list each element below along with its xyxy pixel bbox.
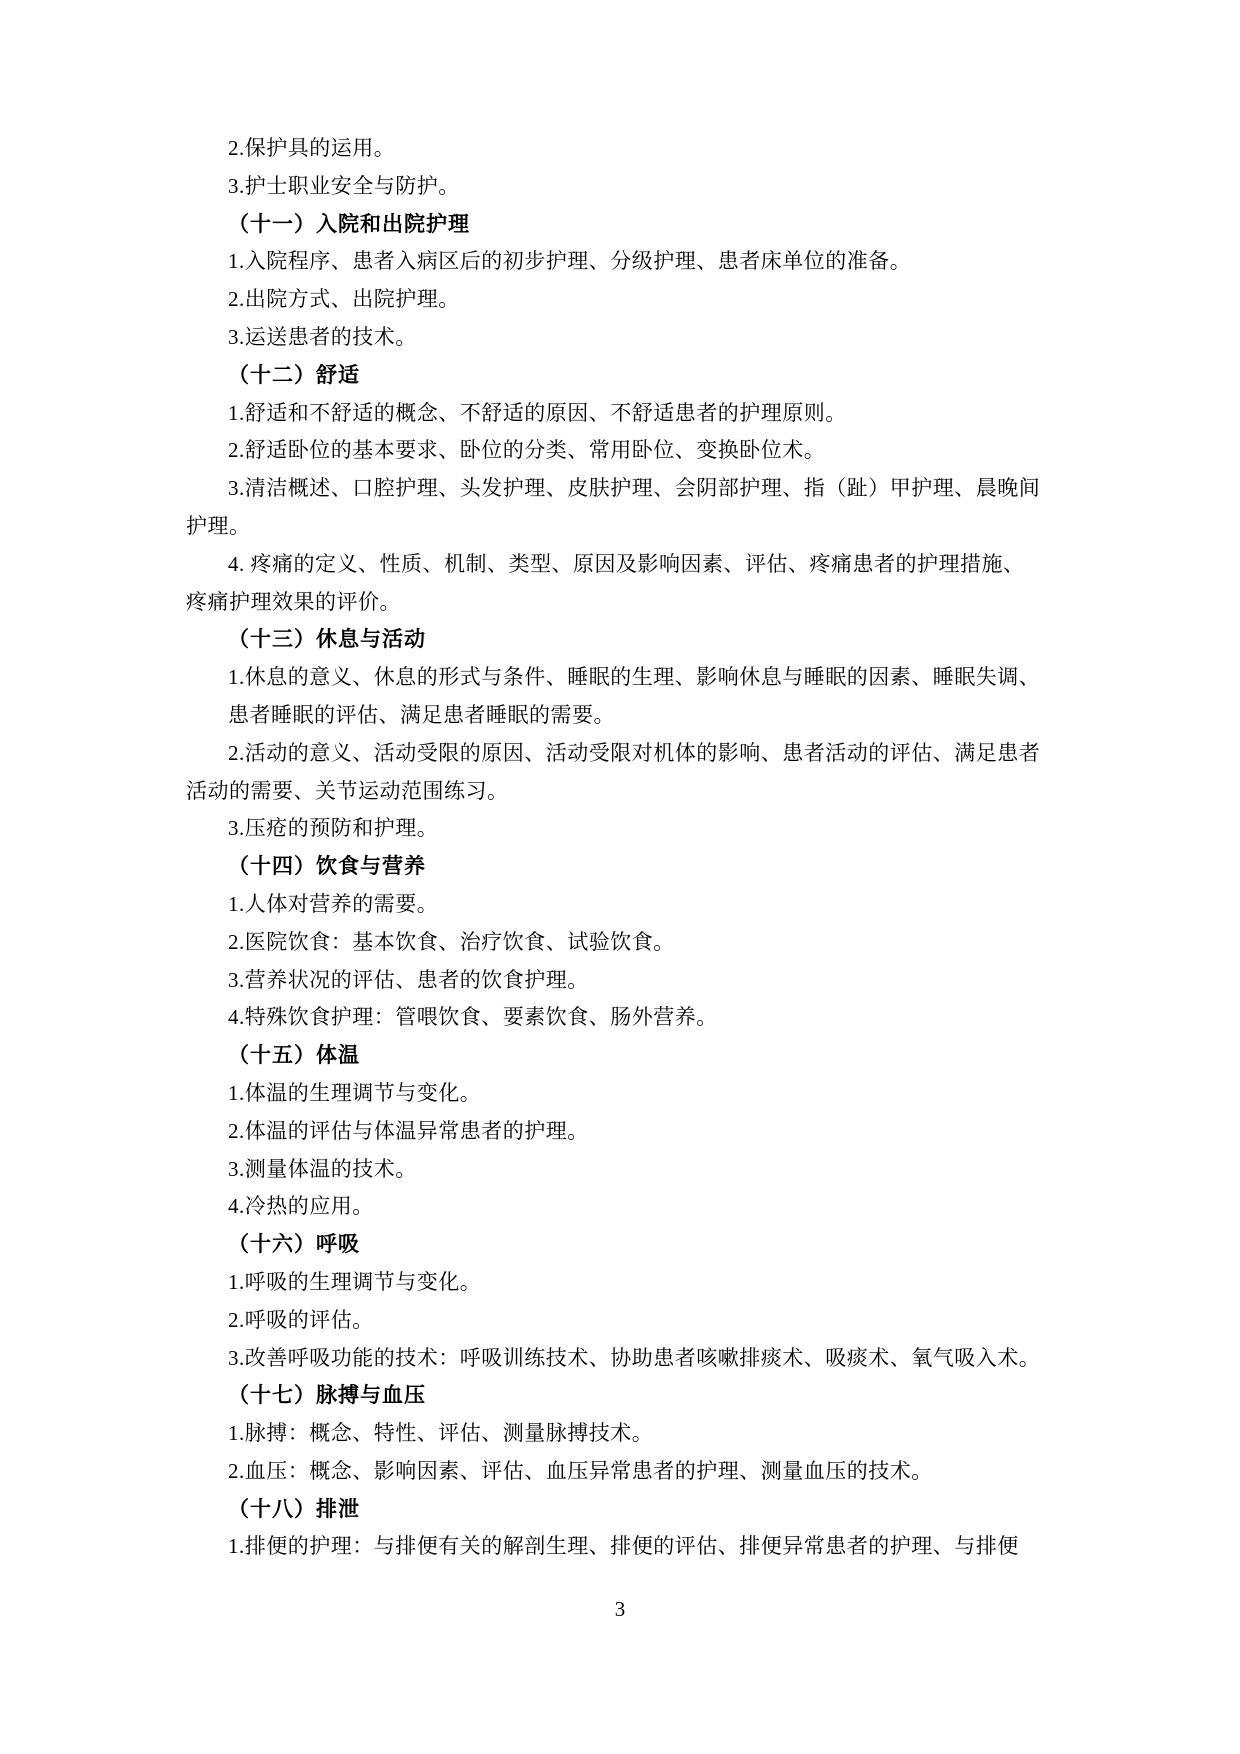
text-line: 3.测量体温的技术。	[186, 1151, 1078, 1189]
text-line: 2.血压：概念、影响因素、评估、血压异常患者的护理、测量血压的技术。	[186, 1453, 1078, 1491]
text-line: 4. 疼痛的定义、性质、机制、类型、原因及影响因素、评估、疼痛患者的护理措施、	[186, 546, 1078, 584]
document-body: 2.保护具的运用。3.护士职业安全与防护。（十一）入院和出院护理1.入院程序、患…	[186, 130, 1078, 1566]
text-line: 3.营养状况的评估、患者的饮食护理。	[186, 962, 1078, 1000]
text-line: 3.运送患者的技术。	[186, 319, 1078, 357]
text-line: 1.脉搏：概念、特性、评估、测量脉搏技术。	[186, 1415, 1078, 1453]
text-line: 2.呼吸的评估。	[186, 1302, 1078, 1340]
page-number: 3	[0, 1590, 1240, 1628]
section-heading: （十一）入院和出院护理	[186, 206, 1078, 244]
text-line: 3.护士职业安全与防护。	[186, 168, 1078, 206]
text-line: 疼痛护理效果的评价。	[186, 584, 1078, 622]
section-heading: （十七）脉搏与血压	[186, 1377, 1078, 1415]
text-line: 2.保护具的运用。	[186, 130, 1078, 168]
text-line: 4.冷热的应用。	[186, 1188, 1078, 1226]
text-line: 1.呼吸的生理调节与变化。	[186, 1264, 1078, 1302]
text-line: 1.体温的生理调节与变化。	[186, 1075, 1078, 1113]
section-heading: （十六）呼吸	[186, 1226, 1078, 1264]
text-line: 患者睡眠的评估、满足患者睡眠的需要。	[186, 697, 1078, 735]
text-line: 2.舒适卧位的基本要求、卧位的分类、常用卧位、变换卧位术。	[186, 432, 1078, 470]
text-line: 1.入院程序、患者入病区后的初步护理、分级护理、患者床单位的准备。	[186, 243, 1078, 281]
section-heading: （十四）饮食与营养	[186, 848, 1078, 886]
text-line: 1.舒适和不舒适的概念、不舒适的原因、不舒适患者的护理原则。	[186, 395, 1078, 433]
section-heading: （十三）休息与活动	[186, 621, 1078, 659]
text-line: 3.改善呼吸功能的技术：呼吸训练技术、协助患者咳嗽排痰术、吸痰术、氧气吸入术。	[186, 1340, 1078, 1378]
text-line: 3.压疮的预防和护理。	[186, 810, 1078, 848]
text-line: 2.出院方式、出院护理。	[186, 281, 1078, 319]
document-page: 2.保护具的运用。3.护士职业安全与防护。（十一）入院和出院护理1.入院程序、患…	[0, 0, 1240, 1754]
text-line: 2.体温的评估与体温异常患者的护理。	[186, 1113, 1078, 1151]
text-line: 2.活动的意义、活动受限的原因、活动受限对机体的影响、患者活动的评估、满足患者	[186, 735, 1078, 773]
text-line: 活动的需要、关节运动范围练习。	[186, 773, 1078, 811]
text-line: 1.人体对营养的需要。	[186, 886, 1078, 924]
section-heading: （十二）舒适	[186, 357, 1078, 395]
text-line: 3.清洁概述、口腔护理、头发护理、皮肤护理、会阴部护理、指（趾）甲护理、晨晚间	[186, 470, 1078, 508]
section-heading: （十五）体温	[186, 1037, 1078, 1075]
text-line: 4.特殊饮食护理：管喂饮食、要素饮食、肠外营养。	[186, 999, 1078, 1037]
text-line: 2.医院饮食：基本饮食、治疗饮食、试验饮食。	[186, 924, 1078, 962]
section-heading: （十八）排泄	[186, 1491, 1078, 1529]
text-line: 护理。	[186, 508, 1078, 546]
text-line: 1.休息的意义、休息的形式与条件、睡眠的生理、影响休息与睡眠的因素、睡眠失调、	[186, 659, 1078, 697]
text-line: 1.排便的护理：与排便有关的解剖生理、排便的评估、排便异常患者的护理、与排便	[186, 1528, 1078, 1566]
